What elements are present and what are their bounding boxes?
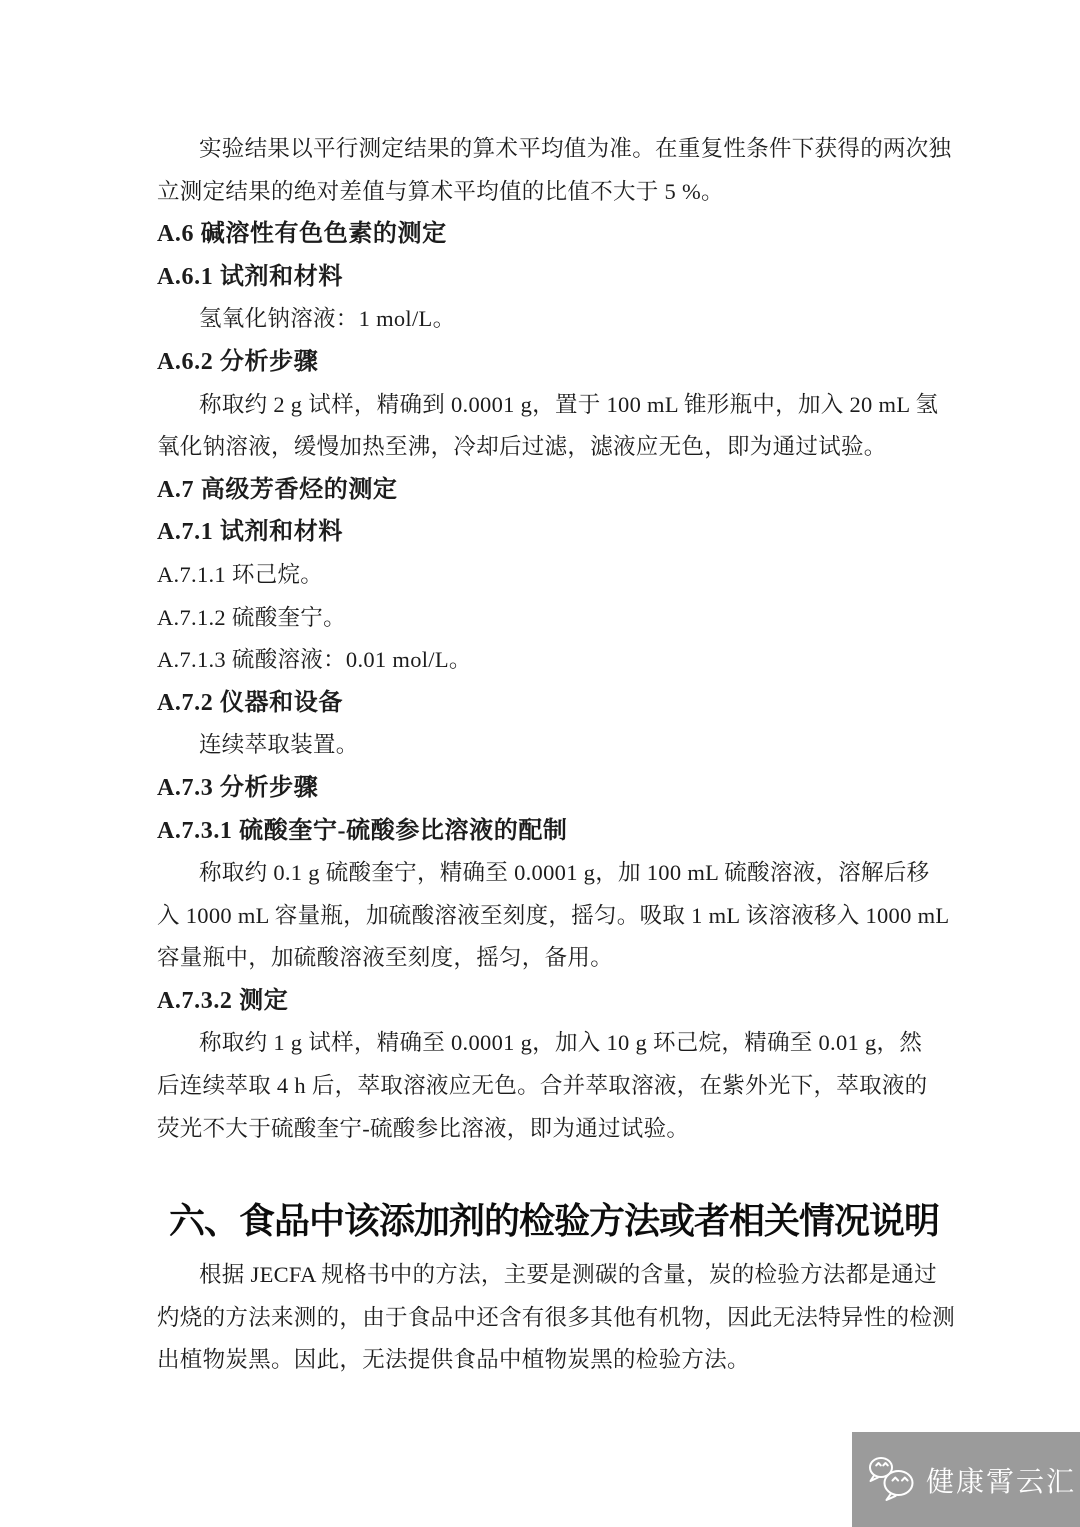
- watermark-badge: 健康霄云汇: [852, 1432, 1080, 1527]
- body-text-line: 实验结果以平行测定结果的算术平均值为准。在重复性条件下获得的两次独: [157, 128, 923, 171]
- body-text-line: 后连续萃取 4 h 后，萃取溶液应无色。合并萃取溶液，在紫外光下，萃取液的: [157, 1065, 923, 1108]
- body-text-line: 容量瓶中，加硫酸溶液至刻度，摇匀，备用。: [157, 937, 923, 980]
- section-six-heading: 六、食品中该添加剂的检验方法或者相关情况说明: [157, 1194, 923, 1248]
- section-heading-a72: A.7.2 仪器和设备: [157, 682, 923, 725]
- body-text-line: 氢氧化钠溶液：1 mol/L。: [157, 298, 923, 341]
- body-text-line: 出植物炭黑。因此，无法提供食品中植物炭黑的检验方法。: [157, 1339, 923, 1382]
- document-page: 实验结果以平行测定结果的算术平均值为准。在重复性条件下获得的两次独 立测定结果的…: [0, 0, 1080, 1527]
- body-text-line: 灼烧的方法来测的，由于食品中还含有很多其他有机物，因此无法特异性的检测: [157, 1297, 923, 1340]
- body-text-line: 荧光不大于硫酸奎宁-硫酸参比溶液，即为通过试验。: [157, 1108, 923, 1151]
- document-body: 实验结果以平行测定结果的算术平均值为准。在重复性条件下获得的两次独 立测定结果的…: [157, 128, 923, 1382]
- body-text-line: 立测定结果的绝对差值与算术平均值的比值不大于 5 %。: [157, 171, 923, 214]
- section-heading-a732: A.7.3.2 测定: [157, 980, 923, 1023]
- body-text-line: 氧化钠溶液，缓慢加热至沸，冷却后过滤，滤液应无色，即为通过试验。: [157, 426, 923, 469]
- section-heading-a731: A.7.3.1 硫酸奎宁-硫酸参比溶液的配制: [157, 810, 923, 853]
- body-text-line: 入 1000 mL 容量瓶，加硫酸溶液至刻度，摇匀。吸取 1 mL 该溶液移入 …: [157, 895, 923, 938]
- section-heading-a62: A.6.2 分析步骤: [157, 341, 923, 384]
- body-text-line: 称取约 1 g 试样，精确至 0.0001 g，加入 10 g 环己烷，精确至 …: [157, 1022, 923, 1065]
- body-text-line: 连续萃取装置。: [157, 724, 923, 767]
- watermark-text: 健康霄云汇: [926, 1460, 1076, 1500]
- section-heading-a6: A.6 碱溶性有色色素的测定: [157, 213, 923, 256]
- section-heading-a71: A.7.1 试剂和材料: [157, 511, 923, 554]
- section-heading-a61: A.6.1 试剂和材料: [157, 256, 923, 299]
- body-text-line: 根据 JECFA 规格书中的方法，主要是测碳的含量，炭的检验方法都是通过: [157, 1254, 923, 1297]
- body-text-line: A.7.1.1 环己烷。: [157, 554, 923, 597]
- wechat-icon: [866, 1456, 918, 1504]
- body-text-line: A.7.1.2 硫酸奎宁。: [157, 597, 923, 640]
- section-heading-a7: A.7 高级芳香烃的测定: [157, 469, 923, 512]
- body-text-line: A.7.1.3 硫酸溶液：0.01 mol/L。: [157, 639, 923, 682]
- body-text-line: 称取约 2 g 试样，精确到 0.0001 g，置于 100 mL 锥形瓶中，加…: [157, 384, 923, 427]
- section-heading-a73: A.7.3 分析步骤: [157, 767, 923, 810]
- body-text-line: 称取约 0.1 g 硫酸奎宁，精确至 0.0001 g，加 100 mL 硫酸溶…: [157, 852, 923, 895]
